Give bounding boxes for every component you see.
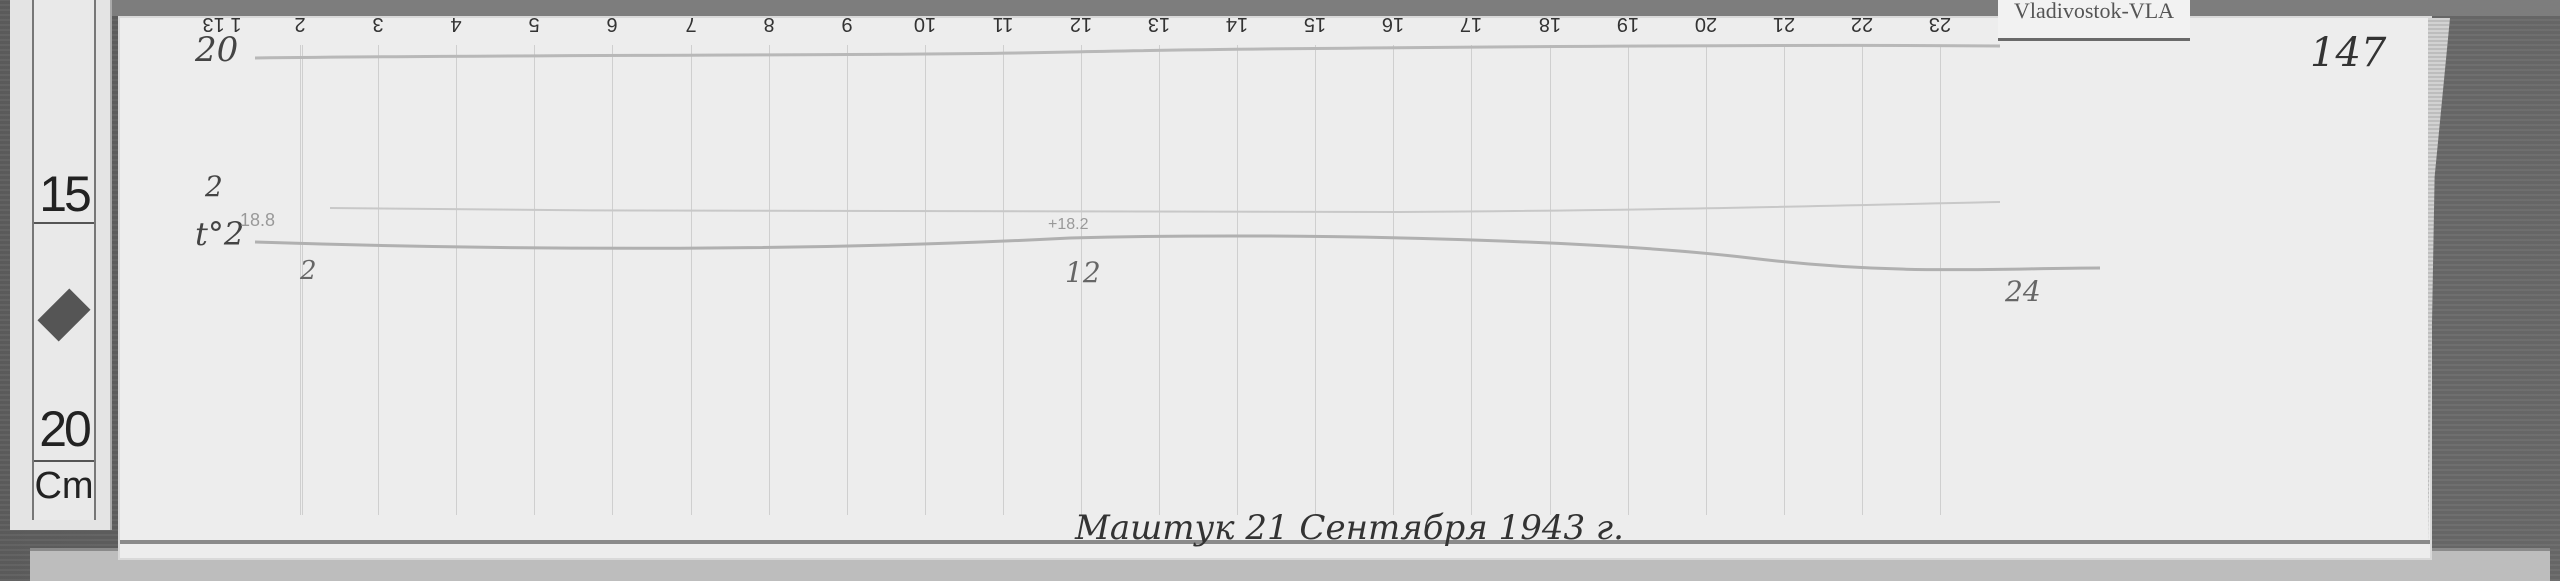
bottom-hour-label: 12 [1065,256,1101,289]
chart-curves [0,0,2560,581]
page-number: 147 [2310,30,2386,76]
bottom-hour-label: 2 [300,256,317,286]
temperature-trace [255,236,2100,270]
row-label-temperature: t°2 [195,215,244,253]
upper-trace [255,45,2000,58]
row-label-middle-top: 2 [205,170,223,203]
footer-caption: Маштук 21 Сентября 1943 г. [1075,508,1624,548]
temp-annotation-mid: +18.2 [1048,216,1088,234]
bottom-hour-label: 24 [2005,275,2041,308]
middle-trace [330,202,2000,213]
row-label-upper: 20 [195,30,238,70]
temp-annotation-start: 18.8 [240,210,275,231]
